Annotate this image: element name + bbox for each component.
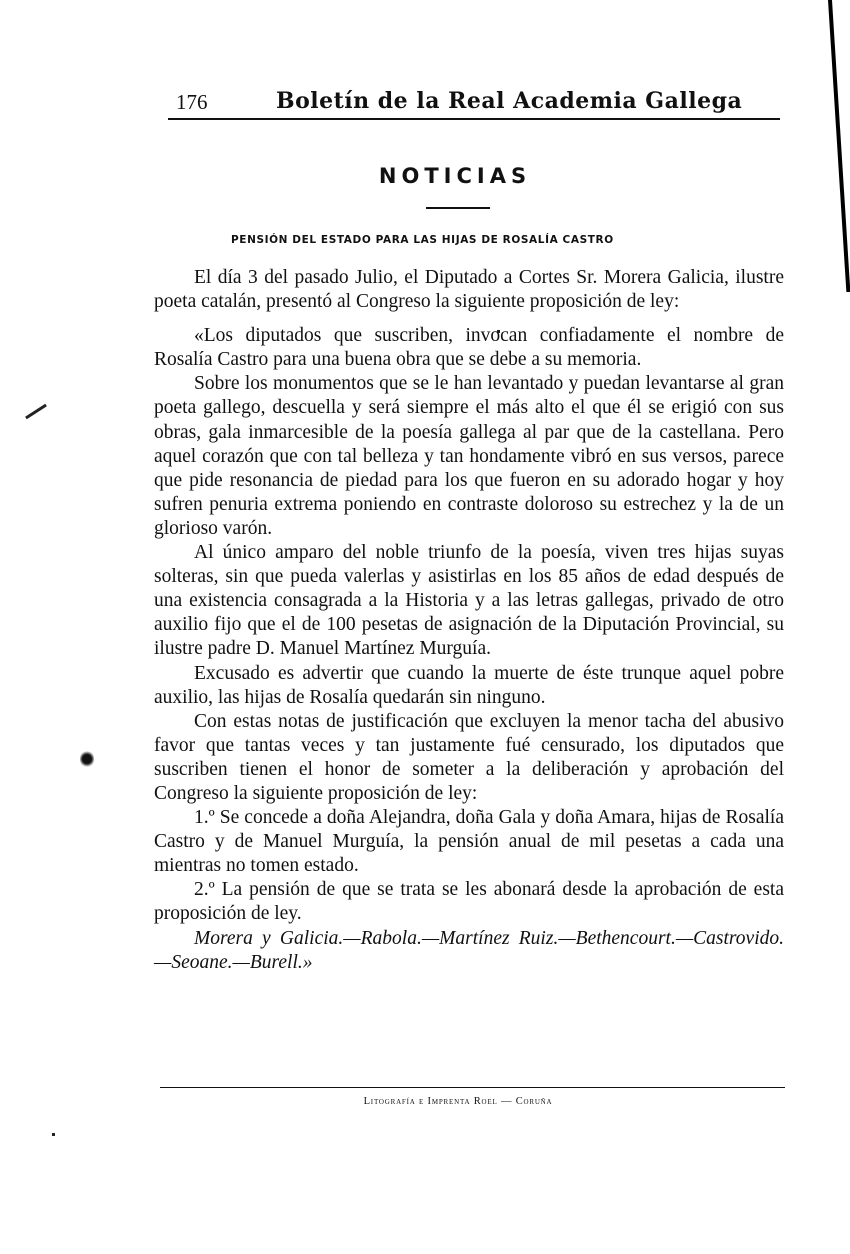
paragraph: El día 3 del pasado Julio, el Diputado a…: [154, 266, 784, 314]
article-subtitle: PENSIÓN DEL ESTADO PARA LAS HIJAS DE ROS…: [231, 234, 614, 246]
paragraph: Excusado es advertir que cuando la muert…: [154, 662, 784, 710]
running-title: Boletín de la Real Academia Gallega: [276, 88, 742, 114]
page-edge-line: [828, 0, 850, 292]
ink-blot: [80, 750, 94, 768]
page-header: 176 Boletín de la Real Academia Gallega: [168, 86, 780, 120]
footer-rule: [160, 1087, 785, 1088]
article-2: 2.º La pensión de que se trata se les ab…: [154, 878, 784, 926]
paragraph: Con estas notas de justificación que exc…: [154, 710, 784, 806]
stray-pen-mark: [25, 404, 47, 420]
title-rule: [426, 207, 490, 209]
speck: [52, 1133, 55, 1136]
section-title: NOTICIAS: [0, 164, 850, 188]
paragraph: Al único amparo del noble triunfo de la …: [154, 541, 784, 661]
article-body: El día 3 del pasado Julio, el Diputado a…: [154, 266, 784, 975]
signatures: Morera y Galicia.—Rabola.—Martínez Ruiz.…: [154, 927, 784, 975]
paragraph: «Los diputados que suscriben, invocan co…: [154, 324, 784, 372]
paragraph: Sobre los monumentos que se le han levan…: [154, 372, 784, 541]
page-number: 176: [176, 90, 208, 115]
article-1: 1.º Se concede a doña Alejandra, doña Ga…: [154, 806, 784, 878]
printer-imprint: Litografía e Imprenta Roel — Coruña: [0, 1096, 850, 1107]
